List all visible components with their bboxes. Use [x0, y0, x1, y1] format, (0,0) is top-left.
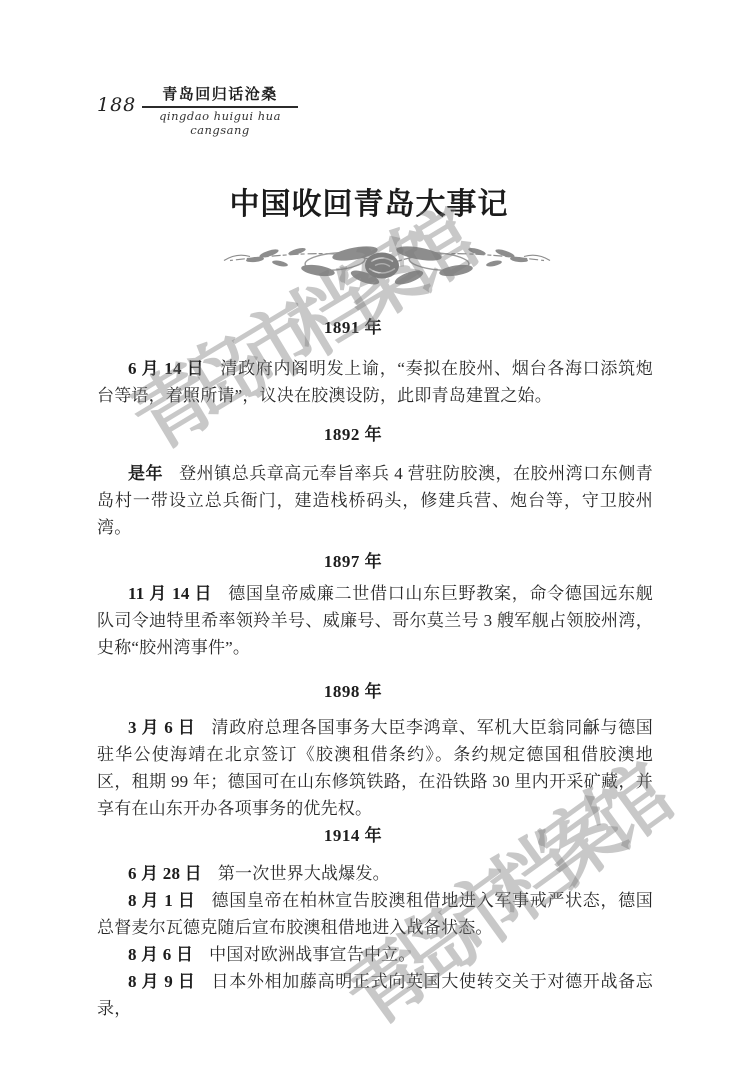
event-text: 中国对欧洲战事宣告中立。 — [209, 945, 415, 964]
running-head: 青岛回归话沧桑 qingdao huigui hua cangsang — [142, 87, 298, 137]
book-page: 188 青岛回归话沧桑 qingdao huigui hua cangsang … — [0, 0, 750, 1077]
year-heading: 1914 年 — [75, 826, 631, 846]
event-entry: 3 月 6 日清政府总理各国事务大臣李鸿章、军机大臣翁同龢与德国驻华公使海靖在北… — [97, 714, 653, 822]
year-heading: 1891 年 — [75, 318, 631, 338]
event-date: 6 月 28 日 — [128, 864, 202, 883]
event-entry: 6 月 28 日第一次世界大战爆发。 — [97, 860, 653, 887]
year-section: 1897 年11 月 14 日德国皇帝威廉二世借口山东巨野教案，命令德国远东舰队… — [97, 552, 653, 661]
event-date: 3 月 6 日 — [128, 718, 196, 737]
year-section: 1914 年6 月 28 日第一次世界大战爆发。8 月 1 日德国皇帝在柏林宣告… — [97, 826, 653, 1022]
event-date: 是年 — [128, 464, 163, 483]
year-section: 1891 年6 月 14 日清政府内阁明发上谕，“奏拟在胶州、烟台各海口添筑炮台… — [97, 318, 653, 409]
event-date: 8 月 9 日 — [128, 972, 196, 991]
event-entry: 8 月 6 日中国对欧洲战事宣告中立。 — [97, 941, 653, 968]
book-title-pinyin: qingdao huigui hua cangsang — [142, 109, 298, 137]
event-entry: 8 月 9 日日本外相加藤高明正式向英国大使转交关于对德开战备忘录， — [97, 968, 653, 1022]
page-number: 188 — [97, 94, 136, 116]
year-section: 1898 年3 月 6 日清政府总理各国事务大臣李鸿章、军机大臣翁同龢与德国驻华… — [97, 682, 653, 822]
year-heading: 1892 年 — [75, 425, 631, 445]
event-entry: 6 月 14 日清政府内阁明发上谕，“奏拟在胶州、烟台各海口添筑炮台等语，着照所… — [97, 355, 653, 409]
floral-ornament-divider — [222, 239, 552, 285]
year-heading: 1898 年 — [75, 682, 631, 702]
article-title: 中国收回青岛大事记 — [0, 188, 744, 222]
book-title: 青岛回归话沧桑 — [142, 87, 298, 104]
event-date: 8 月 1 日 — [128, 891, 196, 910]
event-text: 第一次世界大战爆发。 — [218, 864, 390, 883]
event-entry: 8 月 1 日德国皇帝在柏林宣告胶澳租借地进入军事戒严状态，德国总督麦尔瓦德克随… — [97, 887, 653, 941]
year-section: 1892 年是年登州镇总兵章高元奉旨率兵 4 营驻防胶澳，在胶州湾口东侧青岛村一… — [97, 425, 653, 541]
event-entry: 是年登州镇总兵章高元奉旨率兵 4 营驻防胶澳，在胶州湾口东侧青岛村一带设立总兵衙… — [97, 460, 653, 541]
ornament-rose — [365, 253, 399, 279]
event-text: 登州镇总兵章高元奉旨率兵 4 营驻防胶澳，在胶州湾口东侧青岛村一带设立总兵衙门，… — [97, 464, 653, 537]
timeline: 1891 年6 月 14 日清政府内阁明发上谕，“奏拟在胶州、烟台各海口添筑炮台… — [97, 308, 653, 1022]
event-entry: 11 月 14 日德国皇帝威廉二世借口山东巨野教案，命令德国远东舰队司令迪特里希… — [97, 580, 653, 661]
event-date: 8 月 6 日 — [128, 945, 193, 964]
event-date: 11 月 14 日 — [128, 584, 212, 603]
year-heading: 1897 年 — [75, 552, 631, 572]
event-date: 6 月 14 日 — [128, 359, 204, 378]
running-head-rule — [142, 106, 298, 108]
